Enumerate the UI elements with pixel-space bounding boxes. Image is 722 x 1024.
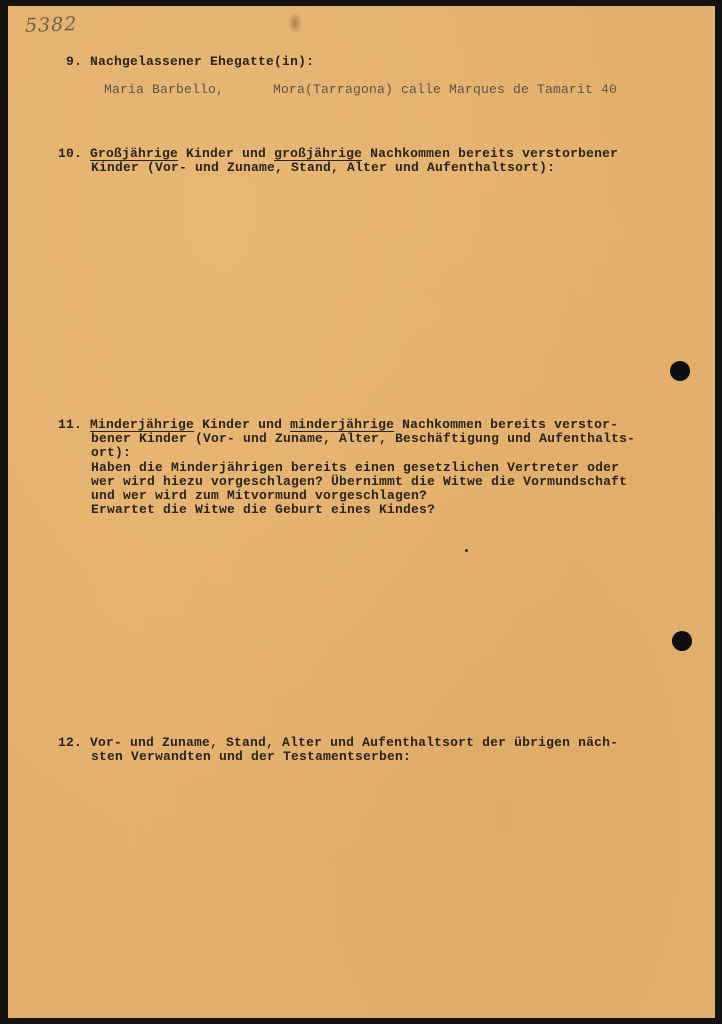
punch-hole-icon xyxy=(672,631,692,651)
text-fragment: Nachkommen bereits verstor- xyxy=(394,417,618,432)
spouse-address: Mora(Tarragona) calle Marques de Tamarit… xyxy=(273,83,617,97)
section-11-line-1: 11. Minderjährige Kinder und minderjähri… xyxy=(58,418,618,432)
handwritten-page-number: 5382 xyxy=(25,13,78,37)
section-title: Nachgelassener Ehegatte(in): xyxy=(90,54,314,69)
text-fragment: Vor- und Zuname, Stand, Alter und Aufent… xyxy=(90,735,618,750)
underlined-term: Großjährige xyxy=(90,146,178,161)
section-11-line-7: Erwartet die Witwe die Geburt eines Kind… xyxy=(91,503,435,517)
paper-stain xyxy=(288,12,302,34)
punch-hole-icon xyxy=(670,361,690,381)
section-12-line-2: sten Verwandten und der Testamentserben: xyxy=(91,750,411,764)
underlined-term: minderjährige xyxy=(290,417,394,432)
text-fragment: Kinder und xyxy=(194,417,290,432)
section-number: 12. xyxy=(58,735,82,750)
ink-speck xyxy=(465,549,468,552)
section-11-line-6: und wer wird zum Mitvormund vorgeschlage… xyxy=(91,489,427,503)
section-11-line-3: ort): xyxy=(91,446,131,460)
section-number: 9. xyxy=(66,54,82,69)
spouse-name: Maria Barbello, xyxy=(104,83,224,97)
section-10-line-1: 10. Großjährige Kinder und großjährige N… xyxy=(58,147,618,161)
section-number: 10. xyxy=(58,146,82,161)
section-11-line-2: bener Kinder (Vor- und Zuname, Alter, Be… xyxy=(91,432,635,446)
section-11-line-5: wer wird hiezu vorgeschlagen? Übernimmt … xyxy=(91,475,627,489)
section-11-line-4: Haben die Minderjährigen bereits einen g… xyxy=(91,461,619,475)
section-12-line-1: 12. Vor- und Zuname, Stand, Alter und Au… xyxy=(58,736,618,750)
text-fragment: Kinder und xyxy=(178,146,274,161)
document-page: 5382 9. Nachgelassener Ehegatte(in): Mar… xyxy=(8,6,715,1018)
text-fragment: Nachkommen bereits verstorbener xyxy=(362,146,618,161)
section-10-line-2: Kinder (Vor- und Zuname, Stand, Alter un… xyxy=(91,161,555,175)
underlined-term: großjährige xyxy=(274,146,362,161)
underlined-term: Minderjährige xyxy=(90,417,194,432)
section-9-heading: 9. Nachgelassener Ehegatte(in): xyxy=(66,55,314,69)
section-number: 11. xyxy=(58,417,82,432)
